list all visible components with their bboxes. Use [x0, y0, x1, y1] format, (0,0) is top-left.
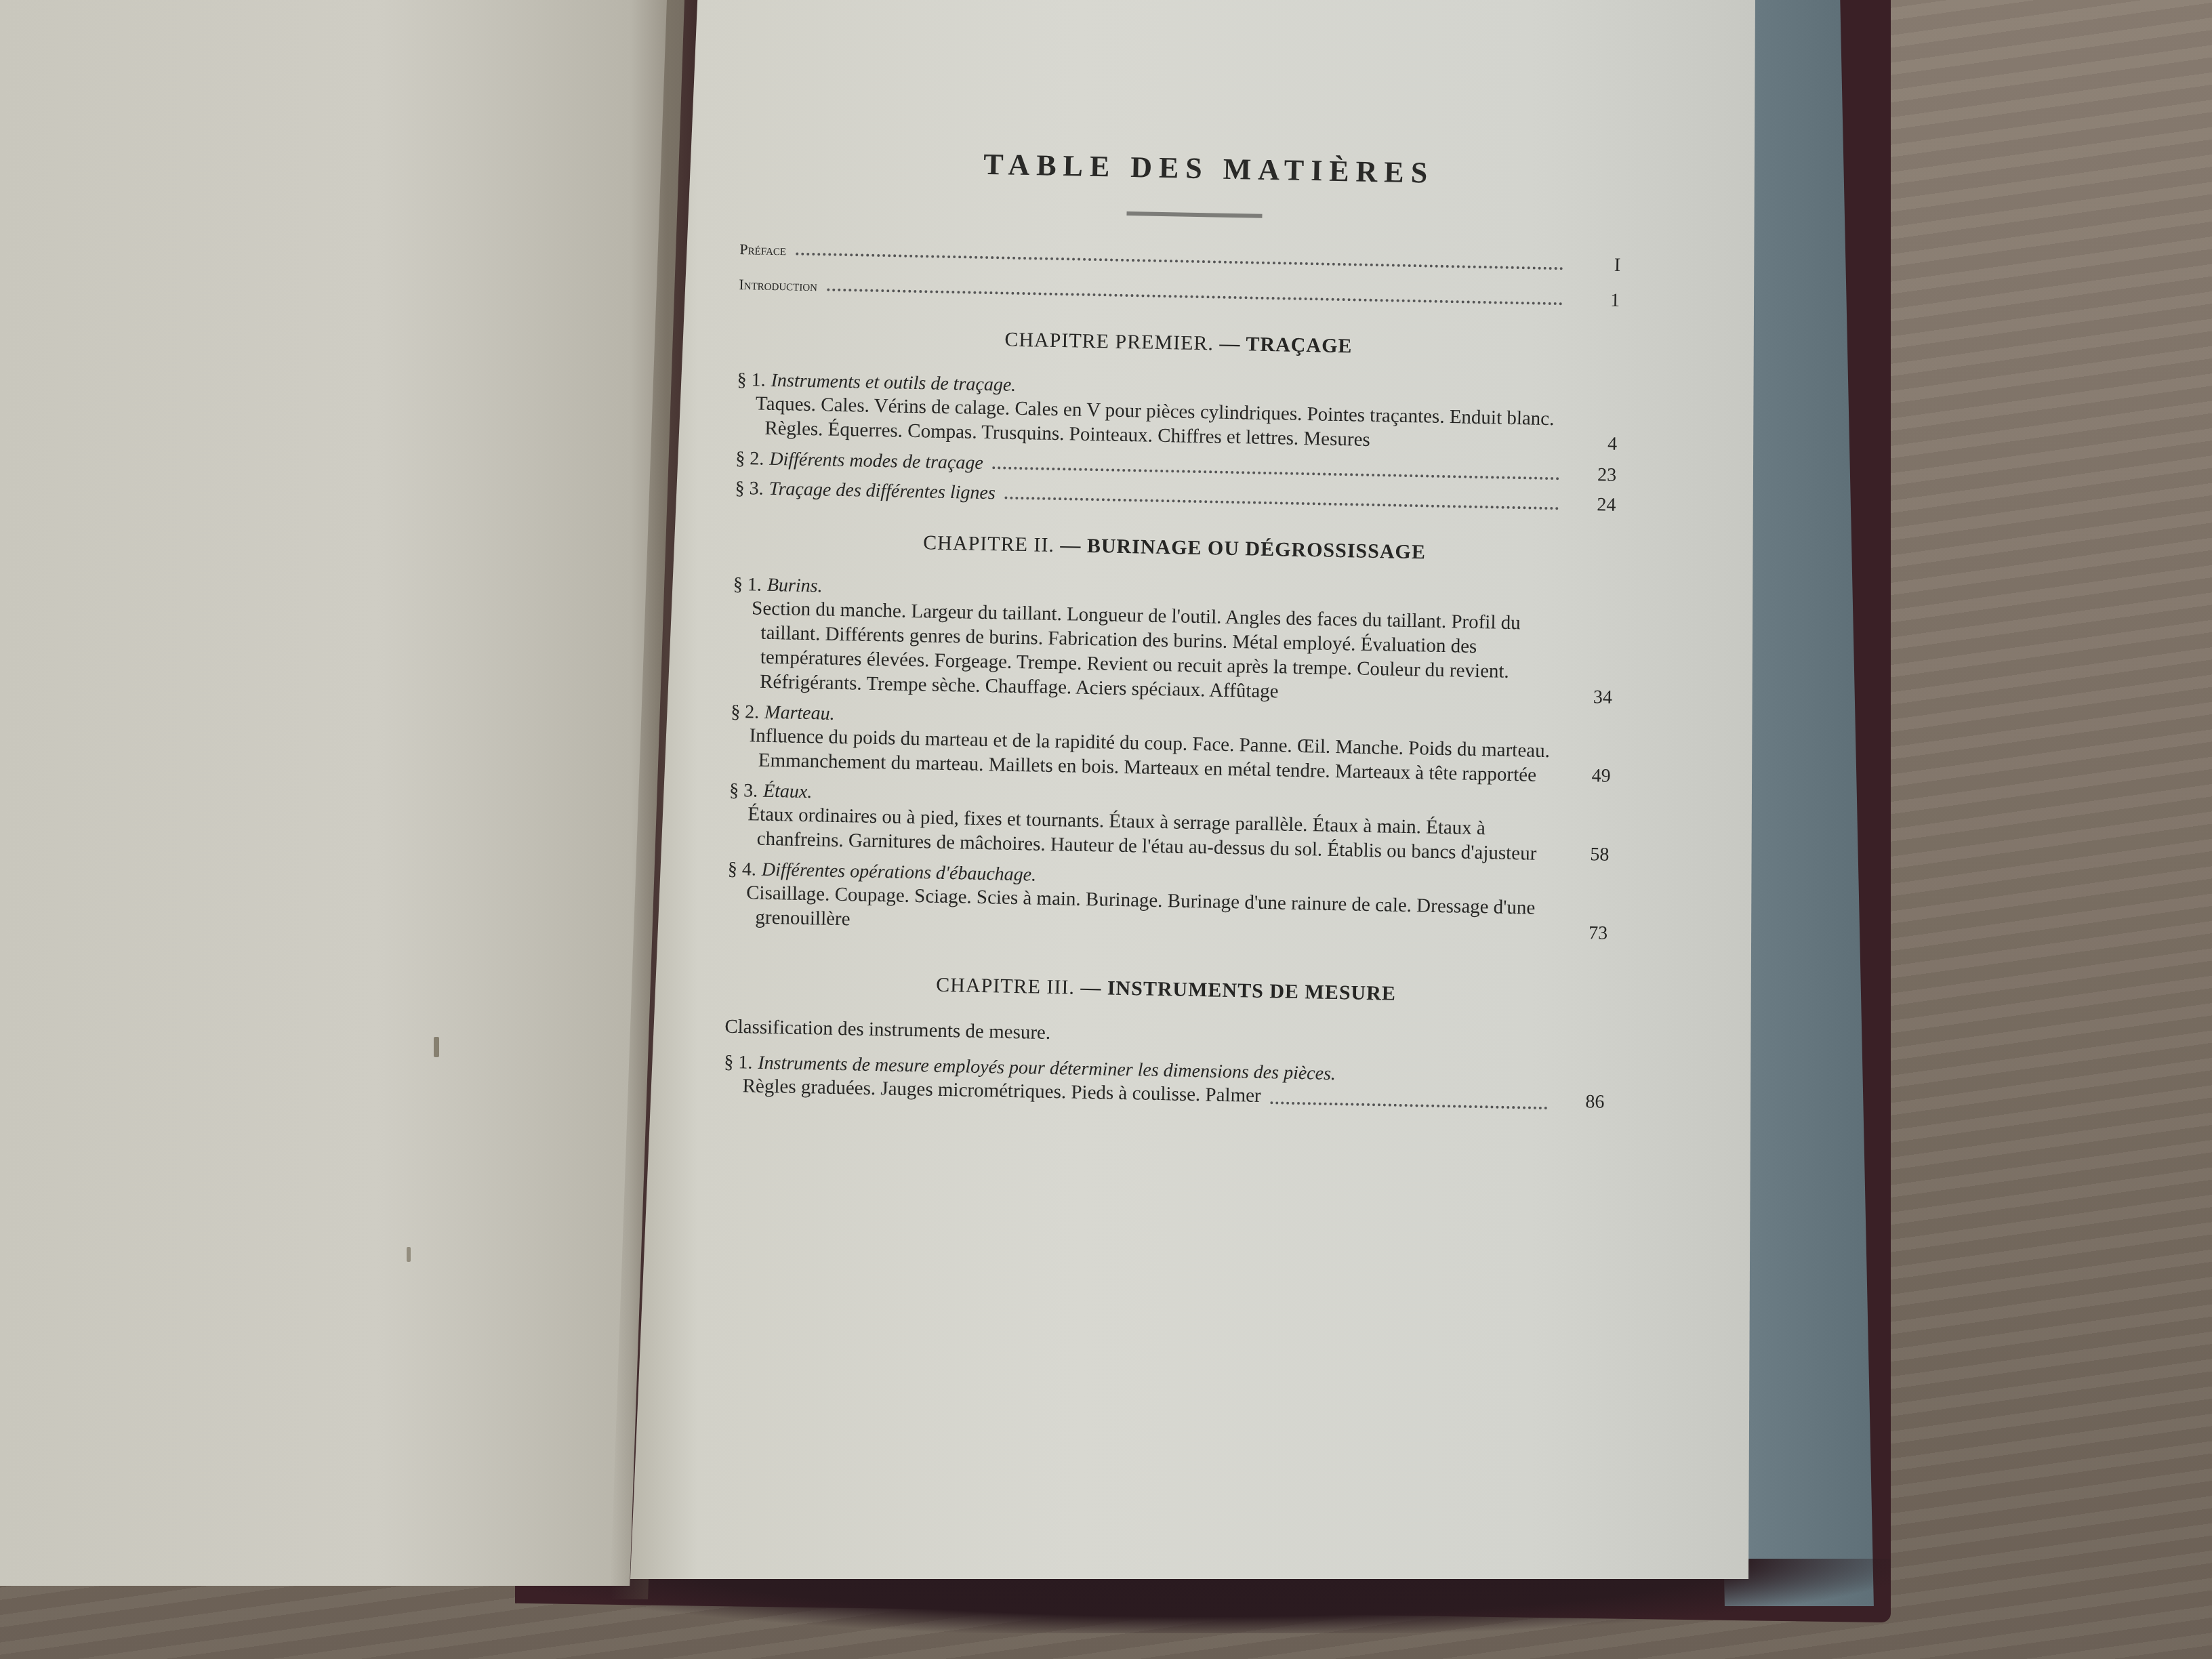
section-number: § 1. — [724, 1052, 753, 1073]
page-number: 86 — [1557, 1089, 1605, 1114]
chapter-name: BURINAGE OU DÉGROSSISSAGE — [1087, 535, 1427, 564]
toc-section: § 2.Marteau. Influence du poids du marte… — [730, 701, 1612, 789]
section-number: § 2. — [731, 701, 760, 723]
section-body-text: Section du manche. Largeur du taillant. … — [750, 596, 1576, 709]
dash: — — [1060, 534, 1082, 557]
toc-entry-introduction: Introduction 1 — [739, 273, 1620, 312]
page-title: TABLE DES MATIÈRES — [795, 144, 1622, 194]
chapter-heading-1: CHAPITRE PREMIER. — TRAÇAGE — [738, 323, 1619, 363]
chapter-heading-2: CHAPITRE II. — BURINAGE OU DÉGROSSISSAGE — [734, 528, 1615, 568]
section-title-text: Marteau. — [764, 702, 835, 724]
section-title-text: Différents modes de traçage — [769, 449, 983, 474]
dash: — — [1080, 977, 1102, 1000]
page-number: 4 — [1589, 432, 1617, 457]
section-body: Section du manche. Largeur du taillant. … — [731, 596, 1614, 710]
section-number: § 3. — [735, 478, 764, 499]
chapter-name: INSTRUMENTS DE MESURE — [1107, 977, 1397, 1005]
section-title-text: Étaux. — [763, 781, 813, 802]
dot-leader — [1005, 497, 1559, 510]
chapter-heading-3: CHAPITRE III. — INSTRUMENTS DE MESURE — [725, 970, 1606, 1010]
section-title: § 3.Traçage des différentes lignes — [735, 478, 996, 504]
section-number: § 1. — [737, 369, 766, 391]
section-number: § 3. — [729, 780, 758, 802]
title-rule — [1126, 211, 1262, 218]
left-page-blank — [0, 0, 684, 1586]
dot-leader — [796, 253, 1563, 270]
dot-leader — [993, 466, 1559, 480]
page-number: 24 — [1568, 494, 1616, 516]
chapter-intro-line: Classification des instruments de mesure… — [724, 1016, 1605, 1055]
section-title-text: Burins. — [767, 575, 823, 597]
page-number: 58 — [1584, 842, 1610, 867]
dot-leader — [1270, 1101, 1547, 1109]
chapter-label: CHAPITRE II. — [923, 531, 1054, 556]
paper-mark — [434, 1037, 439, 1057]
entry-label: Introduction — [739, 276, 817, 295]
page-number: 23 — [1569, 464, 1617, 487]
page-number: 73 — [1565, 921, 1608, 946]
dash: — — [1219, 333, 1241, 356]
toc-section: § 1.Instruments et outils de traçage. Ta… — [736, 369, 1618, 457]
toc-section: § 4.Différentes opérations d'ébauchage. … — [726, 859, 1609, 946]
chapter-label: CHAPITRE III. — [936, 974, 1075, 999]
dot-leader — [827, 288, 1563, 305]
toc-section: § 1.Burins. Section du manche. Largeur d… — [731, 574, 1614, 710]
table-of-contents: TABLE DES MATIÈRES Préface I Introductio… — [723, 122, 1622, 1115]
chapter-label: CHAPITRE PREMIER. — [1004, 328, 1214, 354]
toc-section: § 3.Étaux. Étaux ordinaires ou à pied, f… — [728, 780, 1610, 867]
section-number: § 1. — [733, 574, 762, 596]
page-number: 49 — [1586, 764, 1611, 789]
section-number: § 4. — [728, 859, 757, 880]
page-number: 34 — [1593, 685, 1613, 710]
page-number: 1 — [1572, 289, 1620, 312]
section-title: § 2.Différents modes de traçage — [735, 448, 983, 474]
section-number: § 2. — [735, 448, 764, 470]
section-title-text: Traçage des différentes lignes — [769, 478, 996, 504]
entry-label: Préface — [739, 241, 786, 259]
toc-entry-preface: Préface I — [739, 238, 1620, 276]
chapter-name: TRAÇAGE — [1246, 333, 1353, 357]
page-number: I — [1573, 254, 1621, 276]
paper-mark — [407, 1247, 411, 1262]
